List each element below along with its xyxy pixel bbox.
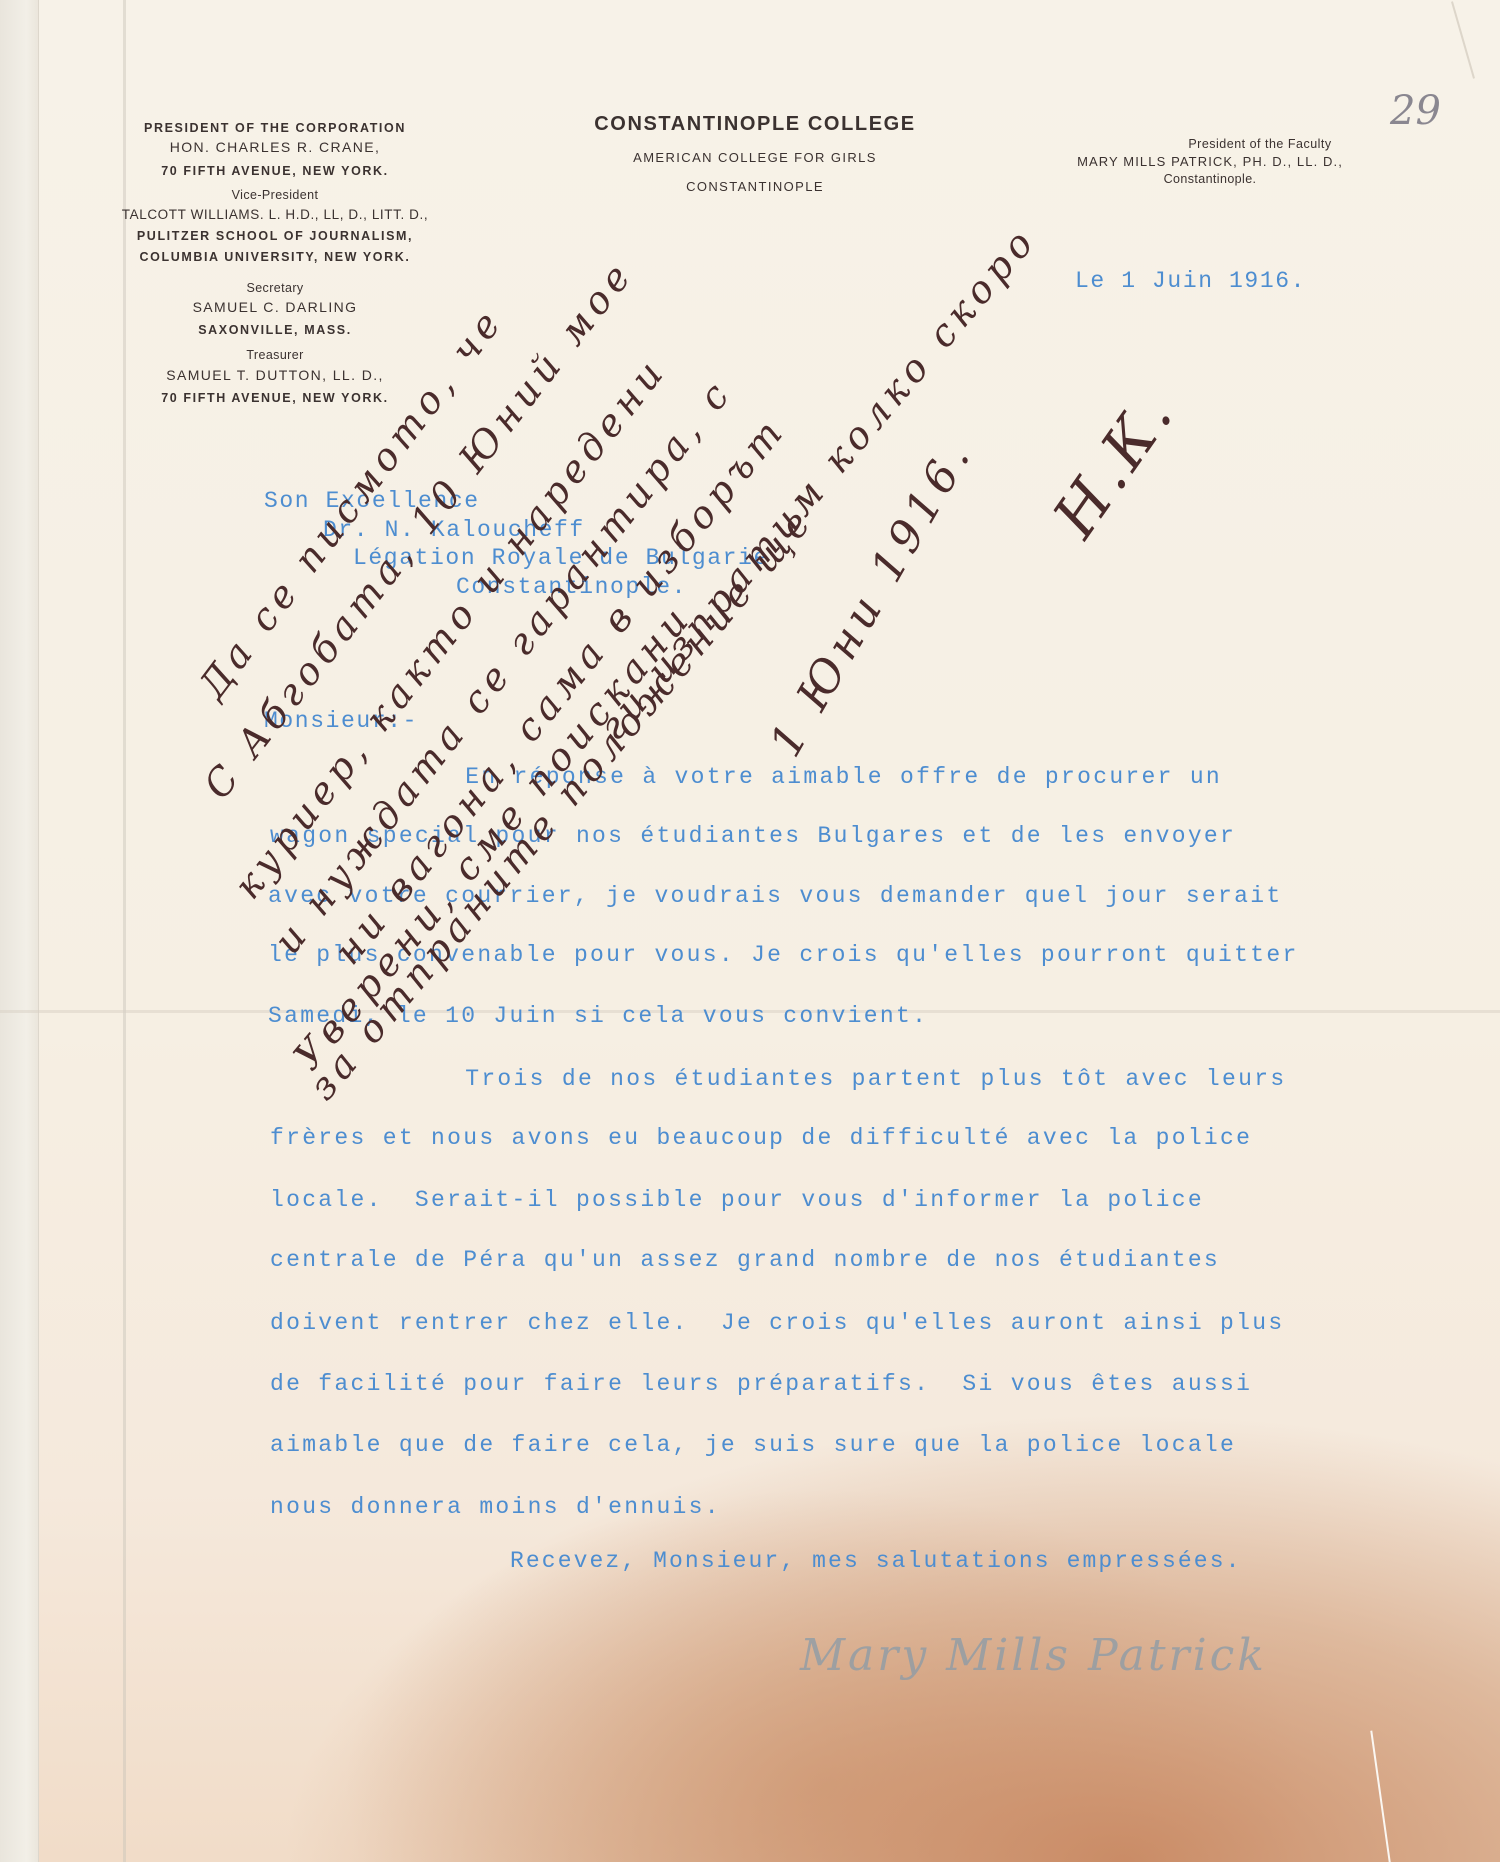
body-line: de facilité pour faire leurs préparatifs… — [270, 1371, 1252, 1397]
body-line: En réponse à votre aimable offre de proc… — [272, 764, 1222, 790]
signature: Mary Mills Patrick — [800, 1630, 1267, 1681]
vice-president-title: Vice-President — [100, 189, 450, 202]
faculty-president-name: MARY MILLS PATRICK, PH. D., LL. D., — [1020, 154, 1400, 169]
folio-number: 29 — [1390, 88, 1441, 134]
body-line: wagon special pour nos étudiantes Bulgar… — [270, 823, 1236, 849]
salutation: Monsieur:- — [264, 708, 418, 734]
body-line: centrale de Péra qu'un assez grand nombr… — [270, 1247, 1220, 1273]
handwritten-initials: Н.К. — [1040, 378, 1190, 550]
letterhead-institution: CONSTANTINOPLE COLLEGE AMERICAN COLLEGE … — [520, 113, 990, 194]
closing-line: Recevez, Monsieur, mes salutations empre… — [510, 1548, 1242, 1574]
president-title: PRESIDENT OF THE CORPORATION — [100, 122, 450, 135]
vice-president-affiliation-1: PULITZER SCHOOL OF JOURNALISM, — [100, 230, 450, 243]
body-line: frères et nous avons eu beaucoup de diff… — [270, 1125, 1252, 1151]
letter-date: Le 1 Juin 1916. — [1075, 268, 1306, 294]
letterhead-officers: PRESIDENT OF THE CORPORATION HON. CHARLE… — [100, 122, 450, 404]
president-address: 70 FIFTH AVENUE, NEW YORK. — [100, 165, 450, 178]
treasurer-address: 70 FIFTH AVENUE, NEW YORK. — [100, 392, 450, 405]
faculty-president-title: President of the Faculty — [1120, 137, 1400, 151]
vice-president-name: TALCOTT WILLIAMS. L. H.D., LL, D., LITT.… — [60, 208, 490, 222]
faculty-president-city: Constantinople. — [1020, 172, 1400, 186]
recipient-line: Légation Royale de Bulgarie — [353, 545, 769, 571]
body-line: nous donnera moins d'ennuis. — [270, 1494, 721, 1520]
body-line: le plus convenable pour vous. Je crois q… — [268, 942, 1299, 968]
letterhead-faculty: President of the Faculty MARY MILLS PATR… — [1020, 137, 1400, 186]
treasurer-title: Treasurer — [100, 349, 450, 362]
secretary-name: SAMUEL C. DARLING — [100, 300, 450, 314]
paper-corner-crease — [1451, 1, 1475, 78]
body-line: aimable que de faire cela, je suis sure … — [270, 1432, 1236, 1458]
secretary-address: SAXONVILLE, MASS. — [100, 324, 450, 337]
body-line: locale. Serait-il possible pour vous d'i… — [270, 1187, 1204, 1213]
paper-fold-edge — [0, 0, 39, 1862]
recipient-line: Dr. N. Kaloucheff — [323, 517, 585, 543]
handwritten-line: и нуждата се гарантира, с — [265, 370, 741, 962]
treasurer-name: SAMUEL T. DUTTON, LL. D., — [100, 368, 450, 382]
body-line: doivent rentrer chez elle. Je crois qu'e… — [270, 1310, 1284, 1336]
college-name: CONSTANTINOPLE COLLEGE — [520, 113, 990, 136]
body-line: avec votre courrier, je voudrais vous de… — [268, 883, 1282, 909]
vice-president-affiliation-2: COLUMBIA UNIVERSITY, NEW YORK. — [100, 251, 450, 264]
body-line: Samedi, le 10 Juin si cela vous convient… — [268, 1003, 928, 1029]
college-subtitle: AMERICAN COLLEGE FOR GIRLS — [520, 150, 990, 165]
body-line: Trois de nos étudiantes partent plus tôt… — [272, 1066, 1286, 1092]
president-name: HON. CHARLES R. CRANE, — [100, 140, 450, 154]
paper-tear — [1370, 1731, 1391, 1862]
handwritten-line: ги изпратим колко скоро — [590, 217, 1045, 748]
recipient-line: Constantinople. — [456, 574, 687, 600]
recipient-line: Son Excellence — [264, 488, 480, 514]
secretary-title: Secretary — [100, 282, 450, 295]
letter-page: PRESIDENT OF THE CORPORATION HON. CHARLE… — [0, 0, 1500, 1862]
handwritten-date: 1 Юни 1916. — [760, 430, 983, 765]
college-city: CONSTANTINOPLE — [520, 179, 990, 194]
